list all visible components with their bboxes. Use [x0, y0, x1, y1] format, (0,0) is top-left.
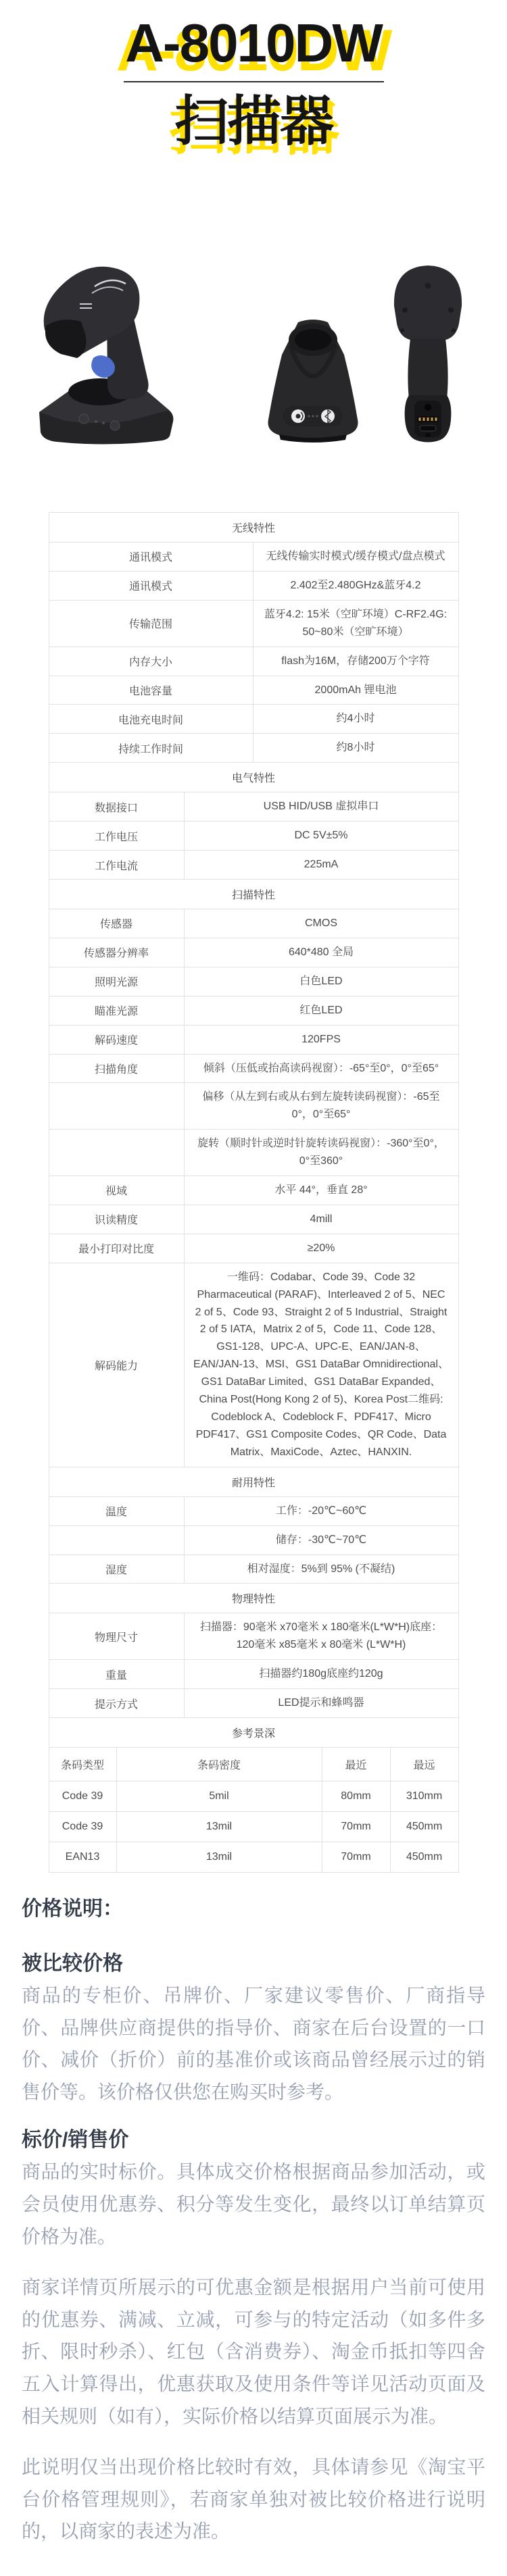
product-photos: [0, 238, 507, 445]
spec-row: 扫描角度倾斜（压低或抬高读码视窗）：-65°至0°，0°至65°: [49, 1055, 458, 1084]
spec-label: 电池充电时间: [49, 705, 254, 733]
spec-label: 重量: [49, 1660, 185, 1688]
spec-value: USB HID/USB 虚拟串口: [185, 792, 458, 821]
cradle-indicator-panel: [283, 406, 343, 426]
spec-row: 工作电流225mA: [49, 851, 458, 880]
spec-label: 湿度: [49, 1555, 185, 1584]
spec-row: 解码能力一维码：Codabar、Code 39、Code 32 Pharmace…: [49, 1263, 458, 1467]
spec-label: 视域: [49, 1176, 185, 1205]
spec-value: 2.402至2.480GHz&蓝牙4.2: [254, 572, 458, 600]
micro-usb-port: [420, 426, 436, 431]
spec-label: [49, 1130, 185, 1176]
cradle-cup-opening: [295, 329, 331, 351]
spec-row: 最小打印对比度≥20%: [49, 1234, 458, 1263]
spec-label: 扫描角度: [49, 1055, 185, 1083]
spec-value: CMOS: [185, 909, 458, 938]
spec-label: 通讯模式: [49, 572, 254, 600]
spec-value: 扫描器：90毫米 x70毫米 x 180毫米(L*W*H)底座：120毫米 x8…: [185, 1613, 458, 1659]
spec-row: 照明光源白色LED: [49, 967, 458, 996]
spec-row: 传感器分辨率640*480 全局: [49, 938, 458, 967]
depth-header-row: 条码类型条码密度最近最远: [49, 1748, 458, 1782]
spec-value: 约4小时: [254, 705, 458, 733]
spec-value: 225mA: [185, 851, 458, 879]
depth-cell: 310mm: [391, 1782, 458, 1811]
spec-label: 传感器: [49, 909, 185, 938]
depth-cell: Code 39: [49, 1782, 117, 1811]
compared-price-heading: 被比较价格: [22, 1950, 485, 1977]
spec-value: 倾斜（压低或抬高读码视窗）：-65°至0°，0°至65°: [185, 1055, 458, 1083]
spec-label: [49, 1526, 185, 1555]
spec-section-header: 无线特性: [49, 513, 458, 542]
depth-cell: EAN13: [49, 1842, 117, 1872]
spec-row: 识读精度4mill: [49, 1205, 458, 1234]
spec-label: 传感器分辨率: [49, 938, 185, 967]
scanner-back-head: [394, 266, 462, 340]
depth-cell: 450mm: [391, 1812, 458, 1842]
depth-cell: 13mil: [117, 1812, 322, 1842]
subtitle-text: 扫描器: [174, 91, 333, 151]
depth-cell: 13mil: [117, 1842, 322, 1872]
spec-value: 一维码：Codabar、Code 39、Code 32 Pharmaceutic…: [185, 1263, 458, 1467]
spec-label: 解码速度: [49, 1026, 185, 1054]
spec-value: 无线传输实时模式/缓存模式/盘点模式: [254, 542, 458, 571]
spec-row: 视域水平 44°，垂直 28°: [49, 1176, 458, 1205]
spec-value: 白色LED: [185, 967, 458, 996]
depth-row: EAN1313mil70mm450mm: [49, 1842, 458, 1873]
spec-value: DC 5V±5%: [185, 822, 458, 850]
spec-label: 提示方式: [49, 1689, 185, 1717]
spec-label: 工作电流: [49, 851, 185, 879]
spec-value: 储存：-30℃~70℃: [185, 1526, 458, 1555]
depth-cell: 80mm: [322, 1782, 391, 1811]
spec-label: 瞄准光源: [49, 996, 185, 1025]
spec-row: 储存：-30℃~70℃: [49, 1526, 458, 1555]
charging-pins: [417, 416, 439, 422]
depth-cell: 5mil: [117, 1782, 322, 1811]
spec-value: 约8小时: [254, 734, 458, 762]
spec-value: 旋转（顺时针或逆时针旋转读码视窗）：-360°至0°，0°至360°: [185, 1130, 458, 1176]
spec-row: 电池充电时间约4小时: [49, 705, 458, 734]
reset-hole: [425, 433, 431, 437]
price-notes: 价格说明： 被比较价格 商品的专柜价、吊牌价、厂家建议零售价、厂商指导价、品牌供…: [22, 1896, 485, 2548]
photo-scanner-in-cradle: [15, 242, 180, 445]
product-type-title: 扫描器扫描器: [174, 95, 333, 149]
spec-value: 偏移（从左到右或从右到左旋转读码视窗）：-65至0°，0°至65°: [185, 1083, 458, 1129]
list-price-body-2: 商家详情页所展示的可优惠金额是根据用户当前可使用的优惠券、满减、立减，可参与的特…: [22, 2271, 485, 2432]
depth-header-cell: 条码密度: [117, 1748, 322, 1781]
spec-row: 通讯模式2.402至2.480GHz&蓝牙4.2: [49, 572, 458, 601]
spec-label: 数据接口: [49, 792, 185, 821]
spec-section-header: 电气特性: [49, 763, 458, 792]
spec-value: 蓝牙4.2: 15米（空旷环境）C-RF2.4G: 50~80米（空旷环境）: [254, 601, 458, 647]
scanner-back-handle: [408, 338, 448, 399]
spec-label: 最小打印对比度: [49, 1234, 185, 1263]
spec-label: 解码能力: [49, 1263, 185, 1467]
spec-row: 瞄准光源红色LED: [49, 996, 458, 1026]
spec-section-header: 物理特性: [49, 1584, 458, 1613]
list-price-body-3: 此说明仅当出现价格比较时有效，具体请参见《淘宝平台价格管理规则》，若商家单独对被…: [22, 2451, 485, 2548]
spec-row: 传输范围蓝牙4.2: 15米（空旷环境）C-RF2.4G: 50~80米（空旷环…: [49, 601, 458, 647]
spec-value: LED提示和蜂鸣器: [185, 1689, 458, 1717]
spec-value: 2000mAh 锂电池: [254, 676, 458, 705]
spec-row: 旋转（顺时针或逆时针旋转读码视窗）：-360°至0°，0°至360°: [49, 1130, 458, 1176]
depth-row: Code 3913mil70mm450mm: [49, 1812, 458, 1842]
spec-row: 偏移（从左到右或从右到左旋转读码视窗）：-65至0°，0°至65°: [49, 1083, 458, 1130]
spec-row: 电池容量2000mAh 锂电池: [49, 676, 458, 705]
spec-row: 传感器CMOS: [49, 909, 458, 938]
depth-header-cell: 最近: [322, 1748, 391, 1781]
photo-scanner-back: [387, 259, 468, 445]
depth-cell: Code 39: [49, 1812, 117, 1842]
title-text: A-8010DW: [125, 13, 382, 73]
spec-section-header: 参考景深: [49, 1718, 458, 1748]
spec-label: 传输范围: [49, 601, 254, 647]
compared-price-body: 商品的专柜价、吊牌价、厂家建议零售价、厂商指导价、品牌供应商提供的指导价、商家在…: [22, 1979, 485, 2108]
depth-cell: 70mm: [322, 1812, 391, 1842]
spec-label: [49, 1083, 185, 1129]
spec-section-header: 耐用特性: [49, 1467, 458, 1497]
spec-row: 温度工作：-20℃~60℃: [49, 1497, 458, 1526]
spec-label: 物理尺寸: [49, 1613, 185, 1659]
spec-row: 内存大小flash为16M，存储200万个字符: [49, 647, 458, 676]
spec-row: 重量扫描器约180g底座约120g: [49, 1660, 458, 1689]
spec-label: 识读精度: [49, 1205, 185, 1234]
spec-table: 无线特性通讯模式无线传输实时模式/缓存模式/盘点模式通讯模式2.402至2.48…: [49, 512, 459, 1873]
spec-row: 持续工作时间约8小时: [49, 734, 458, 763]
spec-value: 相对湿度：5%到 95% (不凝结): [185, 1555, 458, 1584]
spec-row: 工作电压DC 5V±5%: [49, 822, 458, 851]
depth-header-cell: 最远: [391, 1748, 458, 1781]
spec-row: 提示方式LED提示和蜂鸣器: [49, 1689, 458, 1718]
depth-header-cell: 条码类型: [49, 1748, 117, 1781]
list-price-body-1: 商品的实时标价。具体成交价格根据商品参加活动，或会员使用优惠券、积分等发生变化，…: [22, 2156, 485, 2252]
spec-value: 水平 44°，垂直 28°: [185, 1176, 458, 1205]
product-model-title: A-8010DWA-8010DW: [125, 16, 382, 70]
lanyard-hole: [425, 404, 431, 411]
spec-label: 电池容量: [49, 676, 254, 705]
spec-row: 解码速度120FPS: [49, 1026, 458, 1055]
spec-row: 数据接口USB HID/USB 虚拟串口: [49, 792, 458, 822]
spec-value: 红色LED: [185, 996, 458, 1025]
spec-value: 4mill: [185, 1205, 458, 1234]
spec-label: 工作电压: [49, 822, 185, 850]
spec-value: 120FPS: [185, 1026, 458, 1054]
product-header: A-8010DWA-8010DW 扫描器扫描器: [0, 0, 507, 149]
spec-value: ≥20%: [185, 1234, 458, 1263]
spec-row: 物理尺寸扫描器：90毫米 x70毫米 x 180毫米(L*W*H)底座：120毫…: [49, 1613, 458, 1660]
depth-cell: 450mm: [391, 1842, 458, 1872]
spec-value: 工作：-20℃~60℃: [185, 1497, 458, 1525]
spec-value: flash为16M，存储200万个字符: [254, 647, 458, 676]
spec-label: 照明光源: [49, 967, 185, 996]
cradle-base: [39, 378, 173, 445]
spec-value: 扫描器约180g底座约120g: [185, 1660, 458, 1688]
spec-value: 640*480 全局: [185, 938, 458, 967]
spec-label: 通讯模式: [49, 542, 254, 571]
spec-label: 内存大小: [49, 647, 254, 676]
product-detail-page: A-8010DWA-8010DW 扫描器扫描器: [0, 0, 507, 2576]
depth-cell: 70mm: [322, 1842, 391, 1872]
spec-label: 持续工作时间: [49, 734, 254, 762]
spec-label: 温度: [49, 1497, 185, 1525]
spec-row: 通讯模式无线传输实时模式/缓存模式/盘点模式: [49, 542, 458, 572]
spec-section-header: 扫描特性: [49, 880, 458, 909]
spec-row: 湿度相对湿度：5%到 95% (不凝结): [49, 1555, 458, 1584]
price-notes-title: 价格说明：: [22, 1896, 485, 1922]
photo-charging-cradle: [259, 313, 367, 445]
list-price-heading: 标价/销售价: [22, 2127, 485, 2153]
depth-row: Code 395mil80mm310mm: [49, 1782, 458, 1812]
